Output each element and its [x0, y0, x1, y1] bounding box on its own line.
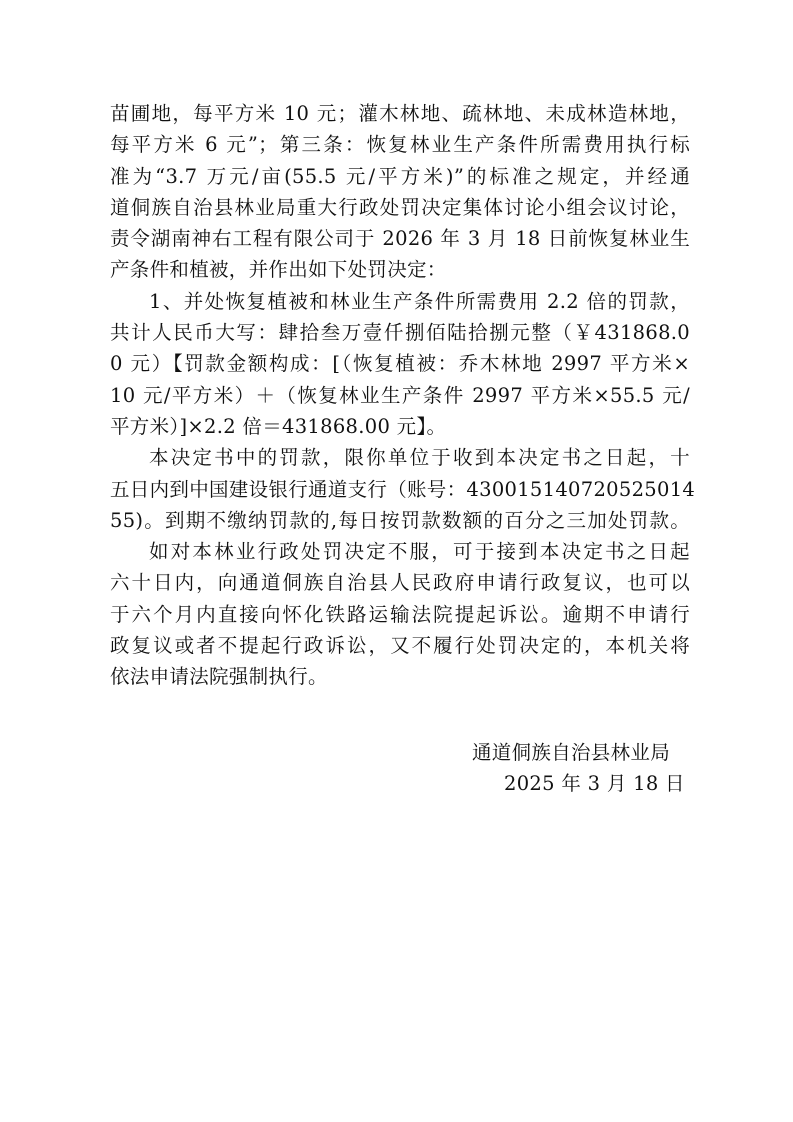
paragraph-payment-instructions: 本决定书中的罚款，限你单位于收到本决定书之日起，十 五日内到中国建设银行通道支行…	[110, 442, 690, 536]
text-line: 准为“3.7 万元/亩(55.5 元/平方米)”的标准之规定，并经通	[110, 161, 690, 192]
text-line: 于六个月内直接向怀化铁路运输法院提起诉讼。逾期不申请行	[110, 599, 690, 630]
text-line: 六十日内，向通道侗族自治县人民政府申请行政复议，也可以	[110, 567, 690, 598]
paragraph-appeal-rights: 如对本林业行政处罚决定不服，可于接到本决定书之日起 六十日内，向通道侗族自治县人…	[110, 536, 690, 692]
text-line: 共计人民币大写：肆拾叁万壹仟捌佰陆拾捌元整（￥431868.0	[110, 317, 690, 348]
text-line: 10 元/平方米）＋（恢复林业生产条件 2997 平方米×55.5 元/	[110, 380, 690, 411]
text-line: 如对本林业行政处罚决定不服，可于接到本决定书之日起	[110, 536, 690, 567]
document-page: 苗圃地，每平方米 10 元；灌木林地、疏林地、未成林造林地， 每平方米 6 元”…	[0, 0, 793, 1122]
text-line: 55)。到期不缴纳罚款的,每日按罚款数额的百分之三加处罚款。	[110, 505, 690, 536]
text-line: 本决定书中的罚款，限你单位于收到本决定书之日起，十	[110, 442, 690, 473]
issue-date: 2025 年 3 月 18 日	[472, 768, 702, 799]
paragraph-penalty-item-1: 1、并处恢复植被和林业生产条件所需费用 2.2 倍的罚款， 共计人民币大写：肆拾…	[110, 286, 690, 442]
text-line: 道侗族自治县林业局重大行政处罚决定集体讨论小组会议讨论，	[110, 192, 690, 223]
document-body: 苗圃地，每平方米 10 元；灌木林地、疏林地、未成林造林地， 每平方米 6 元”…	[110, 98, 690, 693]
text-line: 1、并处恢复植被和林业生产条件所需费用 2.2 倍的罚款，	[110, 286, 690, 317]
paragraph-continuation: 苗圃地，每平方米 10 元；灌木林地、疏林地、未成林造林地， 每平方米 6 元”…	[110, 98, 690, 286]
text-line: 政复议或者不提起行政诉讼，又不履行处罚决定的，本机关将	[110, 630, 690, 661]
text-line: 平方米）]×2.2 倍＝431868.00 元】。	[110, 411, 690, 442]
text-line: 0 元）【罚款金额构成：[（恢复植被：乔木林地 2997 平方米×	[110, 348, 690, 379]
text-line: 产条件和植被，并作出如下处罚决定：	[110, 254, 690, 285]
text-line: 苗圃地，每平方米 10 元；灌木林地、疏林地、未成林造林地，	[110, 98, 690, 129]
signature-block: 通道侗族自治县林业局 2025 年 3 月 18 日	[472, 737, 702, 800]
text-line: 责令湖南神右工程有限公司于 2026 年 3 月 18 日前恢复林业生	[110, 223, 690, 254]
issuing-authority: 通道侗族自治县林业局	[472, 737, 702, 768]
text-line: 依法申请法院强制执行。	[110, 661, 690, 692]
text-line: 每平方米 6 元”；第三条：恢复林业生产条件所需费用执行标	[110, 129, 690, 160]
text-line: 五日内到中国建设银行通道支行（账号：430015140720525014	[110, 474, 690, 505]
